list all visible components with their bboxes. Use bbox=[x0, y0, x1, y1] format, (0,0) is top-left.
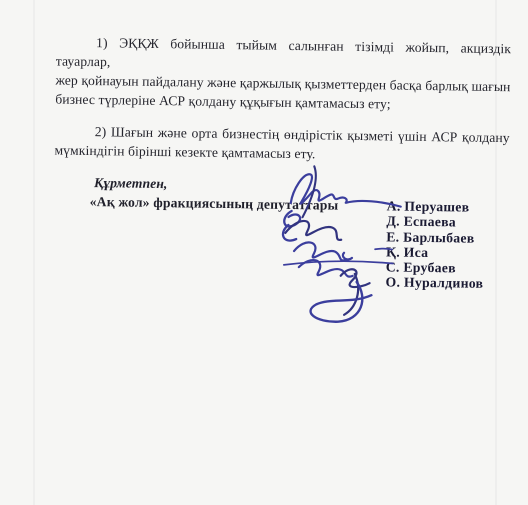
signature-stroke bbox=[299, 260, 353, 277]
signature-stroke bbox=[285, 221, 341, 240]
signature-stroke bbox=[291, 174, 401, 207]
signature-stroke bbox=[294, 242, 352, 260]
scanned-letter-page: 1) ЭҚҚЖ бойынша тыйым салынған тізімді ж… bbox=[0, 0, 528, 505]
signature-stroke bbox=[310, 281, 371, 322]
signature-stroke bbox=[340, 269, 370, 315]
scan-content: 1) ЭҚҚЖ бойынша тыйым салынған тізімді ж… bbox=[0, 0, 528, 505]
paragraph-2: 2) Шағын және орта бизнестің өндірістік … bbox=[54, 121, 510, 166]
signature-stroke bbox=[375, 249, 392, 250]
paragraph-1: 1) ЭҚҚЖ бойынша тыйым салынған тізімді ж… bbox=[55, 32, 511, 115]
signatures-ink bbox=[274, 161, 412, 331]
